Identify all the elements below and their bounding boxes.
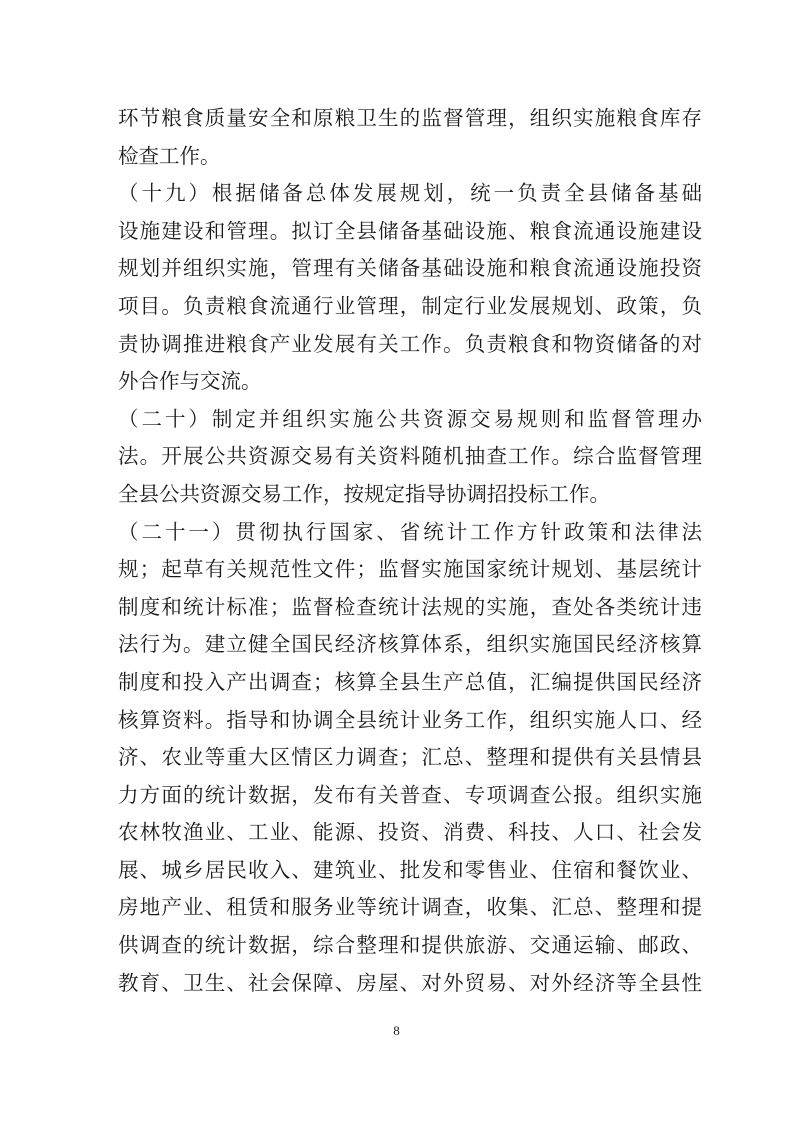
text-line: 全县公共资源交易工作，按规定指导协调招投标工作。 [118, 476, 702, 514]
body-text: 环节粮食质量安全和原粮卫生的监督管理，组织实施粮食库存 检查工作。 （十九）根据… [118, 100, 702, 1002]
text-line: （二十）制定并组织实施公共资源交易规则和监督管理办 [118, 401, 702, 439]
text-line: （二十一）贯彻执行国家、省统计工作方针政策和法律法 [118, 514, 702, 552]
page-number: 8 [0, 1023, 793, 1039]
text-line: 力方面的统计数据，发布有关普查、专项调查公报。组织实施 [118, 777, 702, 815]
text-line: 展、城乡居民收入、建筑业、批发和零售业、住宿和餐饮业、 [118, 852, 702, 890]
text-line: 法行为。建立健全国民经济核算体系，组织实施国民经济核算 [118, 626, 702, 664]
text-line: （十九）根据储备总体发展规划，统一负责全县储备基础 [118, 175, 702, 213]
text-line: 设施建设和管理。拟订全县储备基础设施、粮食流通设施建设 [118, 213, 702, 251]
text-line: 核算资料。指导和协调全县统计业务工作，组织实施人口、经 [118, 702, 702, 740]
text-line: 外合作与交流。 [118, 363, 702, 401]
text-line: 制度和投入产出调查；核算全县生产总值，汇编提供国民经济 [118, 664, 702, 702]
document-page: 环节粮食质量安全和原粮卫生的监督管理，组织实施粮食库存 检查工作。 （十九）根据… [0, 0, 793, 1122]
text-line: 供调查的统计数据，综合整理和提供旅游、交通运输、邮政、 [118, 927, 702, 965]
text-line: 农林牧渔业、工业、能源、投资、消费、科技、人口、社会发 [118, 814, 702, 852]
text-line: 房地产业、租赁和服务业等统计调查，收集、汇总、整理和提 [118, 889, 702, 927]
text-line: 规划并组织实施，管理有关储备基础设施和粮食流通设施投资 [118, 250, 702, 288]
text-line: 检查工作。 [118, 138, 702, 176]
text-line: 教育、卫生、社会保障、房屋、对外贸易、对外经济等全县性 [118, 965, 702, 1003]
text-line: 项目。负责粮食流通行业管理，制定行业发展规划、政策，负 [118, 288, 702, 326]
text-line: 环节粮食质量安全和原粮卫生的监督管理，组织实施粮食库存 [118, 100, 702, 138]
text-line: 规；起草有关规范性文件；监督实施国家统计规划、基层统计 [118, 551, 702, 589]
text-line: 法。开展公共资源交易有关资料随机抽查工作。综合监督管理 [118, 438, 702, 476]
text-line: 济、农业等重大区情区力调查；汇总、整理和提供有关县情县 [118, 739, 702, 777]
text-line: 制度和统计标准；监督检查统计法规的实施，查处各类统计违 [118, 589, 702, 627]
text-line: 责协调推进粮食产业发展有关工作。负责粮食和物资储备的对 [118, 326, 702, 364]
